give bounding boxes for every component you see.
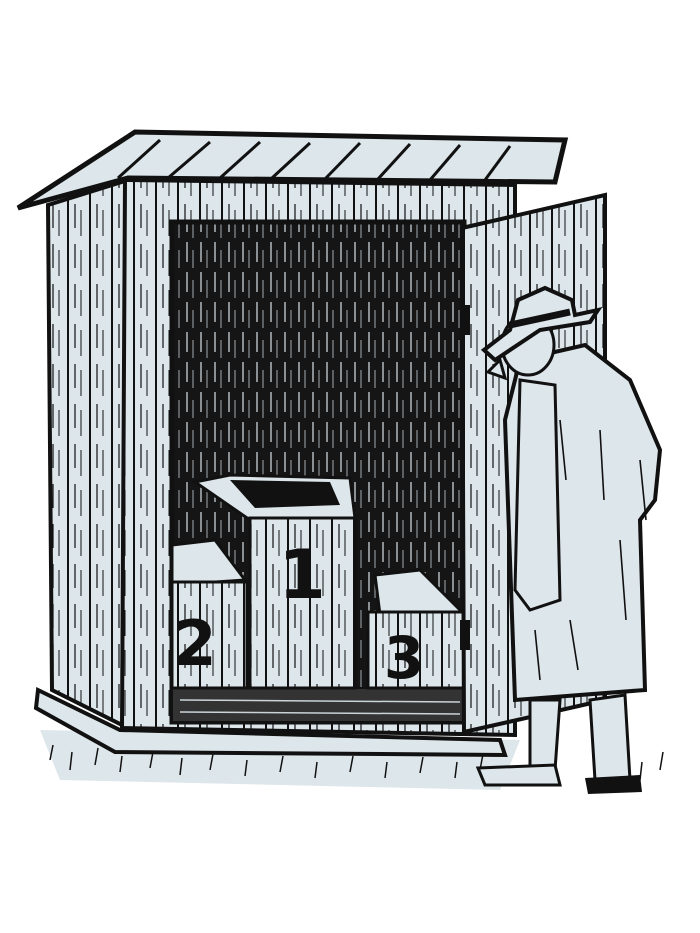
outhouse-floor [172,688,464,722]
seat-3-number: 3 [384,624,424,692]
seat-2-number: 2 [173,607,216,680]
outhouse-left-wall [48,180,128,728]
seat-1-number: 1 [278,536,325,615]
outhouse-illustration: 1 2 3 [0,0,700,933]
